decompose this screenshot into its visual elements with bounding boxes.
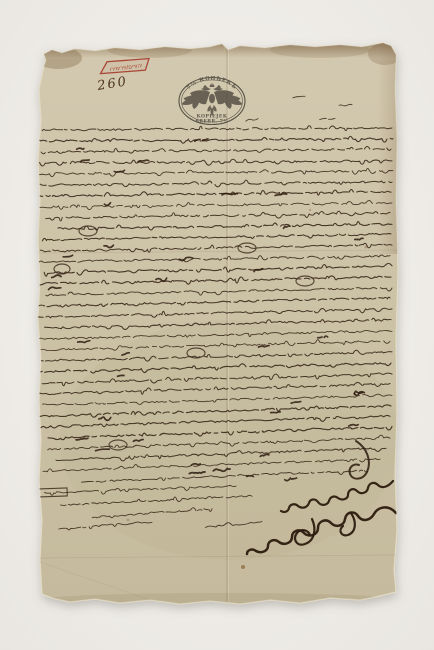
handwriting-stroke (222, 194, 237, 195)
handwriting-stroke (77, 148, 84, 149)
handwriting-stroke (118, 375, 125, 376)
revenue-stamp-line2: SREBR. 7½ (196, 120, 229, 125)
handwriting-stroke (247, 476, 254, 477)
handwriting-stroke (271, 412, 281, 413)
document-photo-canvas: יהודים/פרימירו 260 7½ КОПѢЕКЪ KOPIEJEK S… (0, 0, 434, 650)
photograph-of-manuscript: יהודים/פרימירו 260 7½ КОПѢЕКЪ KOPIEJEK S… (0, 0, 434, 650)
